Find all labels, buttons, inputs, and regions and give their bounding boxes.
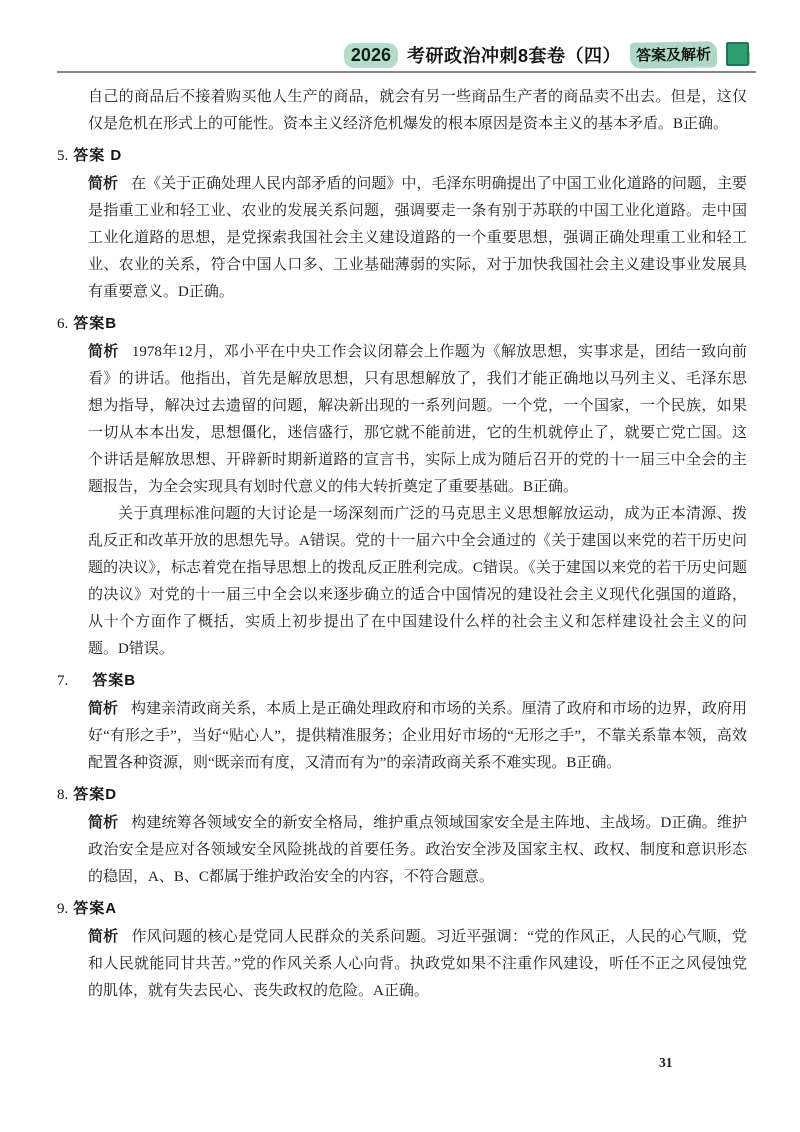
analysis-paragraph: 简析构建统筹各领域安全的新安全格局，维护重点领域国家安全是主阵地、主战场。D正确… <box>88 809 747 891</box>
answers-content: 自己的商品后不接着购买他人生产的商品，就会有另一些商品生产者的商品卖不出去。但是… <box>57 84 747 1005</box>
analysis-paragraph: 简析构建亲清政商关系，本质上是正确处理政府和市场的关系。厘清了政府和市场的边界，… <box>88 695 747 777</box>
answer-value: 答案A <box>73 900 117 917</box>
analysis-label: 简析 <box>88 928 118 945</box>
answer-line: 9.答案A <box>57 895 747 923</box>
answer-value: 答案 D <box>73 147 122 164</box>
analysis-label: 简析 <box>88 700 118 717</box>
item-number: 9. <box>57 901 68 917</box>
item-number: 6. <box>57 316 68 332</box>
answer-value: 答案B <box>92 672 136 689</box>
icon-front-square <box>726 42 749 66</box>
subtitle-badge: 答案及解析 <box>630 41 717 69</box>
answer-item-6: 6.答案B 简析1978年12月，邓小平在中央工作会议闭幕会上作题为《解放思想，… <box>57 310 747 663</box>
answer-line: 6.答案B <box>57 310 747 338</box>
item-number: 7. <box>57 673 68 689</box>
analysis-label: 简析 <box>88 814 118 831</box>
item-number: 8. <box>57 787 68 803</box>
analysis-text: 构建统筹各领域安全的新安全格局，维护重点领域国家安全是主阵地、主战场。D正确。维… <box>88 815 747 885</box>
answer-line: 5.答案 D <box>57 142 747 170</box>
analysis-paragraph: 简析1978年12月，邓小平在中央工作会议闭幕会上作题为《解放思想，实事求是，团… <box>88 338 747 501</box>
answer-value: 答案D <box>73 786 117 803</box>
answer-item-7: 7.答案B 简析构建亲清政商关系，本质上是正确处理政府和市场的关系。厘清了政府和… <box>57 667 747 777</box>
analysis-label: 简析 <box>88 175 118 192</box>
year-badge: 2026 <box>344 43 398 68</box>
analysis-label: 简析 <box>88 343 119 360</box>
answer-value: 答案B <box>73 315 117 332</box>
overlapping-squares-icon <box>726 42 752 68</box>
answer-line: 7.答案B <box>57 667 747 695</box>
analysis-text: 作风问题的核心是党同人民群众的关系问题。习近平强调：“党的作风正，人民的心气顺，… <box>88 929 747 999</box>
answer-item-5: 5.答案 D 简析在《关于正确处理人民内部矛盾的问题》中，毛泽东明确提出了中国工… <box>57 142 747 306</box>
page-number: 31 <box>659 1055 673 1071</box>
analysis-paragraph: 简析在《关于正确处理人民内部矛盾的问题》中，毛泽东明确提出了中国工业化道路的问题… <box>88 170 747 306</box>
answer-item-8: 8.答案D 简析构建统筹各领域安全的新安全格局，维护重点领域国家安全是主阵地、主… <box>57 781 747 891</box>
item-number: 5. <box>57 148 68 164</box>
answer-line: 8.答案D <box>57 781 747 809</box>
page-title: 考研政治冲刺8套卷（四） <box>407 42 621 68</box>
analysis-text: 1978年12月，邓小平在中央工作会议闭幕会上作题为《解放思想，实事求是，团结一… <box>88 344 747 495</box>
answer-item-9: 9.答案A 简析作风问题的核心是党同人民群众的关系问题。习近平强调：“党的作风正… <box>57 895 747 1005</box>
header-divider <box>57 71 756 73</box>
continuation-paragraph: 自己的商品后不接着购买他人生产的商品，就会有另一些商品生产者的商品卖不出去。但是… <box>88 84 747 138</box>
page-header: 2026 考研政治冲刺8套卷（四） 答案及解析 <box>344 42 752 68</box>
analysis-text: 在《关于正确处理人民内部矛盾的问题》中，毛泽东明确提出了中国工业化道路的问题，主… <box>88 176 747 300</box>
analysis-paragraph-2: 关于真理标准问题的大讨论是一场深刻而广泛的马克思主义思想解放运动，成为正本清源、… <box>88 501 747 663</box>
analysis-paragraph: 简析作风问题的核心是党同人民群众的关系问题。习近平强调：“党的作风正，人民的心气… <box>88 923 747 1005</box>
analysis-text: 构建亲清政商关系，本质上是正确处理政府和市场的关系。厘清了政府和市场的边界，政府… <box>88 701 747 771</box>
